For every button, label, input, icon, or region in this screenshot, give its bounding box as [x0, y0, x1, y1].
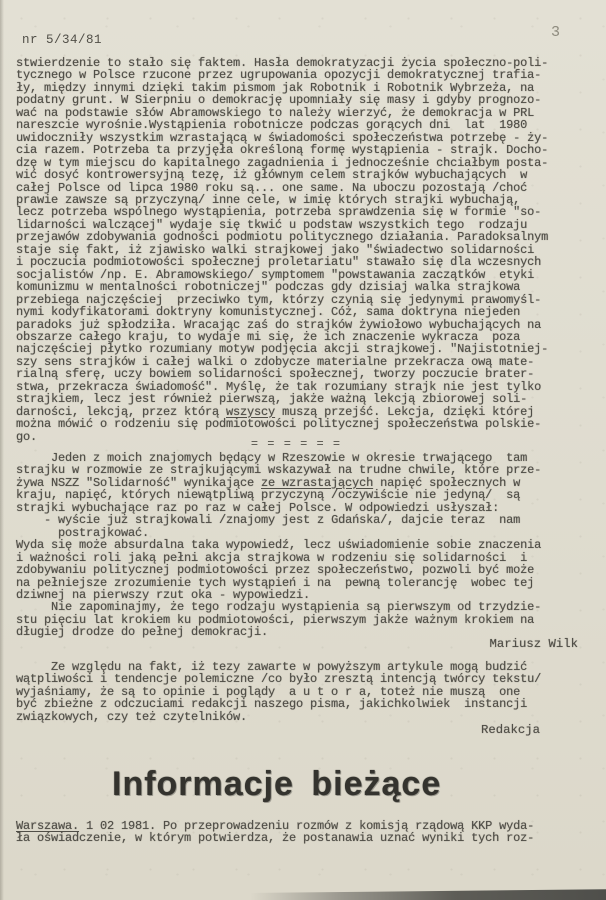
article-paragraph-2: Jeden z moich znajomych będący w Rzeszow… — [16, 452, 598, 639]
section-separator: = = = = = = — [16, 437, 576, 451]
editorial-signature: Redakcja — [16, 723, 598, 737]
issue-number: nr 5/34/81 — [22, 33, 102, 47]
scan-bottom-shadow — [250, 889, 606, 900]
news-dateline-paragraph: Warszawa. 1 02 1981. Po przeprowadzeniu … — [16, 820, 598, 845]
scan-left-edge-shading — [0, 0, 4, 900]
author-signature: Mariusz Wilk — [16, 637, 598, 651]
scanned-document-page: nr 5/34/81 3 stwierdzenie to stało się f… — [0, 0, 606, 900]
editorial-note: Ze względu na fakt, iż tezy zawarte w po… — [16, 661, 598, 723]
article-paragraph-1: stwierdzenie to stało się faktem. Hasła … — [16, 57, 598, 443]
section-heading-informacje-biezace: Informacje bieżące — [112, 765, 441, 804]
page-number: 3 — [551, 24, 560, 41]
